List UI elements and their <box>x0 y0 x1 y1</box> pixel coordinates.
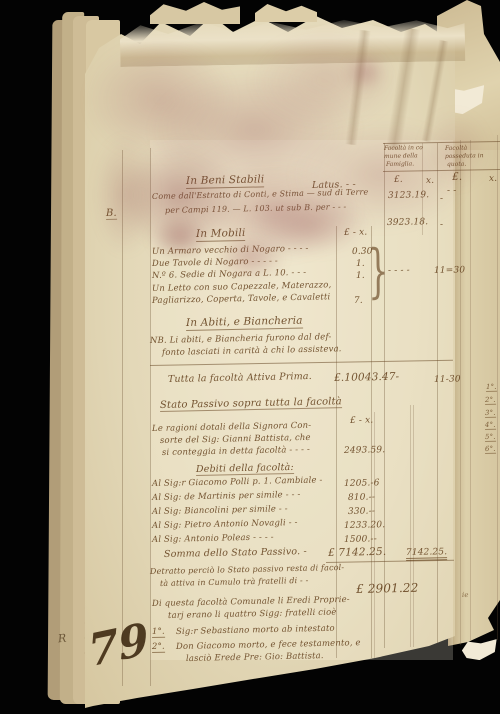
mobili-amount-5: 7. <box>354 296 363 306</box>
latus-soldi-dash: - <box>440 194 443 204</box>
attiva-total-quota: 11-30 <box>434 374 461 385</box>
facing-partial-text: ie <box>462 591 469 599</box>
eredi-item2-number: 2°. <box>152 642 165 653</box>
spine-edge-mark: R <box>57 632 67 646</box>
mobili-amount-3: 1. <box>356 271 365 281</box>
debt-4-amount: 1233.20. <box>344 520 385 531</box>
facing-item-3: 3°. <box>485 409 496 418</box>
ruled-line <box>497 135 498 640</box>
attiva-total-amount: £.10043.47- <box>334 371 400 384</box>
torn-top-scrap-1 <box>150 2 240 24</box>
ruled-line <box>384 143 385 648</box>
mobili-carry-dashes: - - - - <box>388 266 410 276</box>
ruled-line <box>336 226 337 658</box>
mobili-col-header: £ - x. <box>344 228 368 238</box>
beni-line2-soldi-dash: - <box>440 220 443 230</box>
facing-item-2: 2°. <box>485 396 496 405</box>
col1-lire-symbol: £. <box>394 175 403 185</box>
torn-top-scrap-2 <box>255 4 317 22</box>
beni-line2-amount: 3923.18. <box>387 217 428 228</box>
margin-letter: B. <box>106 208 117 220</box>
section-title-mobili: In Mobili <box>196 227 246 242</box>
ruled-line <box>150 148 151 686</box>
manuscript-photo: Facoltà in co mune della Famiglia. Facol… <box>0 0 500 714</box>
ruled-line <box>413 405 414 647</box>
mobili-amount-2: 1. <box>356 259 365 269</box>
netto-amount: £ 2901.22 <box>356 581 419 596</box>
section-title-beni-stabili: In Beni Stabili <box>186 173 265 189</box>
debt-5-amount: 1500.-- <box>344 534 377 545</box>
ruled-line <box>437 143 438 643</box>
col2-dashes: - - <box>447 186 457 196</box>
col2-soldi-symbol: x. <box>489 174 497 184</box>
ruled-line <box>122 150 123 686</box>
facing-item-4: 4°. <box>485 421 496 430</box>
ruled-line <box>460 140 461 645</box>
col2-header-line2: posseduta in <box>445 152 484 160</box>
col1-header-line1: Facoltà in co <box>384 144 423 152</box>
ruled-line <box>410 405 411 647</box>
passivo-col-header: £ - x. <box>350 416 374 426</box>
mobili-brace: } <box>368 241 389 300</box>
somma-quota-amount: 7142.25. <box>406 547 448 561</box>
col2-lire-symbol: £. <box>452 171 463 183</box>
facing-item-1: 1°. <box>486 383 497 392</box>
ruled-line <box>470 140 471 640</box>
latus-amount: 3123.19. <box>388 190 429 201</box>
facing-item-6: 6°. <box>485 445 496 454</box>
col1-header-line3: Famiglia. <box>386 160 414 168</box>
dotali-amount: 2493.59. <box>344 445 385 456</box>
col2-header-line3: quota. <box>447 161 466 168</box>
somma-amount: £ 7142.25. <box>328 546 387 559</box>
facing-item-5: 5°. <box>485 433 496 442</box>
debiti-title: Debiti della facoltà: <box>196 462 294 476</box>
debt-3-amount: 330.-- <box>348 506 375 517</box>
col1-soldi-symbol: x. <box>426 176 434 186</box>
eredi-item1-number: 1°. <box>152 627 165 638</box>
col1-header-line2: mune della <box>384 152 418 160</box>
debt-2-amount: 810.-- <box>348 492 375 503</box>
debt-1-amount: 1205.-6 <box>344 478 380 489</box>
section-title-abiti: In Abiti, e Biancheria <box>186 315 303 331</box>
col2-header-line1: Facoltà <box>445 145 467 152</box>
mobili-quota-total: 11=30 <box>434 265 465 276</box>
